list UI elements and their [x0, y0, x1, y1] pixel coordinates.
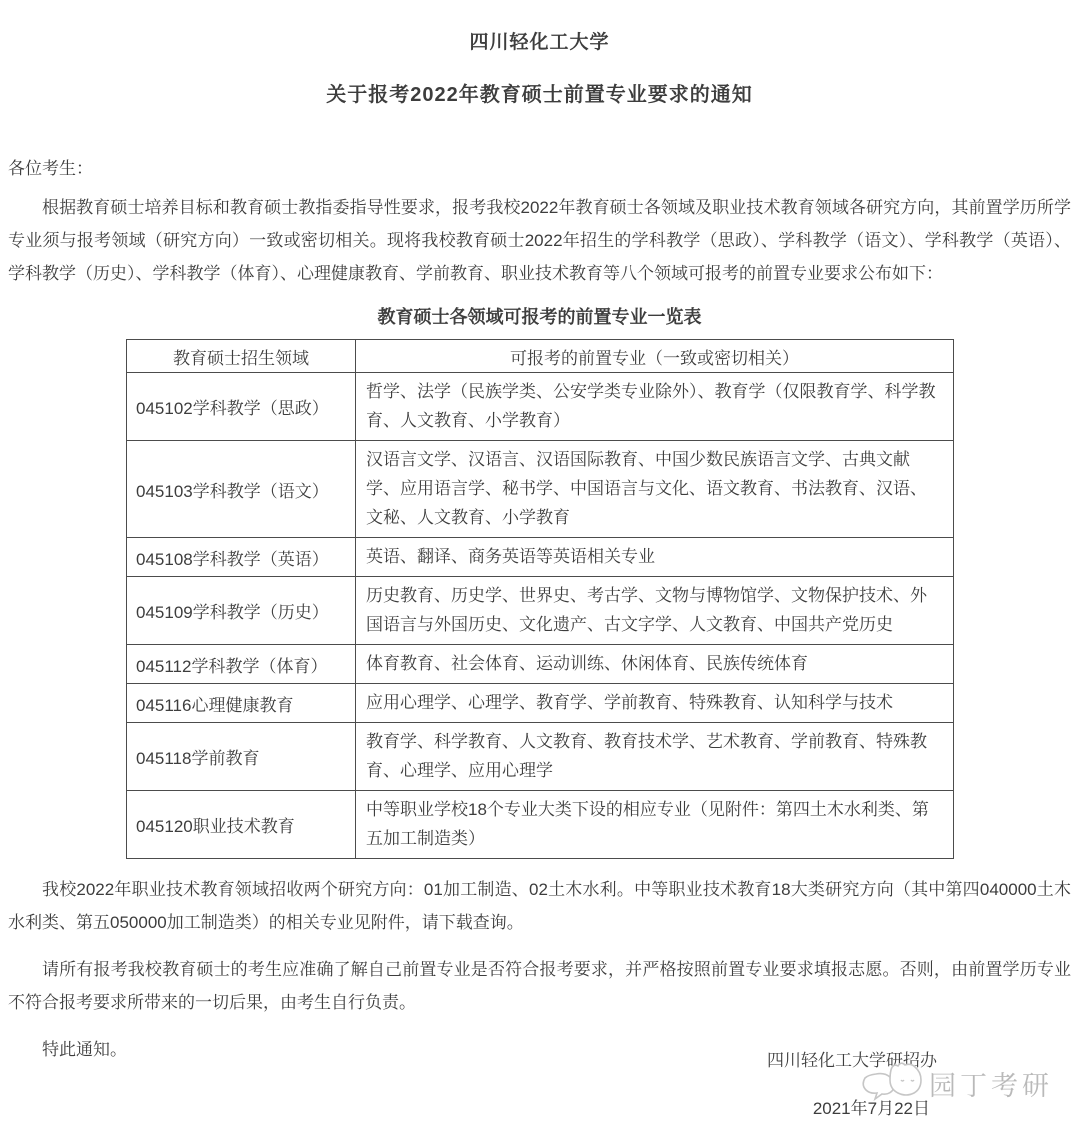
table-row: 045102学科教学（思政） 哲学、法学（民族学类、公安学类专业除外）、教育学（…	[127, 373, 954, 441]
majors-cell: 中等职业学校18个专业大类下设的相应专业（见附件：第四土木水利类、第五加工制造类…	[356, 791, 954, 859]
signature-date: 2021年7月22日	[0, 1094, 1079, 1119]
majors-table: 教育硕士招生领域 可报考的前置专业（一致或密切相关） 045102学科教学（思政…	[126, 339, 954, 859]
column-header-majors: 可报考的前置专业（一致或密切相关）	[356, 340, 954, 373]
table-row: 045108学科教学（英语） 英语、翻译、商务英语等英语相关专业	[127, 538, 954, 577]
table-header-row: 教育硕士招生领域 可报考的前置专业（一致或密切相关）	[127, 340, 954, 373]
majors-cell: 英语、翻译、商务英语等英语相关专业	[356, 538, 954, 577]
table-row: 045103学科教学（语文） 汉语言文学、汉语言、汉语国际教育、中国少数民族语言…	[127, 441, 954, 538]
directions-paragraph: 我校2022年职业技术教育领域招收两个研究方向：01加工制造、02土木水利。中等…	[8, 873, 1071, 939]
signature-block: 四川轻化工大学研招办 2021年7月22日	[0, 1046, 1079, 1119]
salutation: 各位考生：	[8, 154, 1071, 179]
signature-org: 四川轻化工大学研招办	[0, 1046, 1079, 1071]
notice-subtitle: 关于报考2022年教育硕士前置专业要求的通知	[0, 78, 1079, 107]
table-row: 045120职业技术教育 中等职业学校18个专业大类下设的相应专业（见附件：第四…	[127, 791, 954, 859]
table-row: 045118学前教育 教育学、科学教育、人文教育、教育技术学、艺术教育、学前教育…	[127, 723, 954, 791]
field-cell: 045120职业技术教育	[127, 791, 356, 859]
majors-cell: 历史教育、历史学、世界史、考古学、文物与博物馆学、文物保护技术、外国语言与外国历…	[356, 577, 954, 645]
majors-cell: 汉语言文学、汉语言、汉语国际教育、中国少数民族语言文学、古典文献学、应用语言学、…	[356, 441, 954, 538]
field-cell: 045103学科教学（语文）	[127, 441, 356, 538]
table-caption: 教育硕士各领域可报考的前置专业一览表	[0, 303, 1079, 329]
table-row: 045116心理健康教育 应用心理学、心理学、教育学、学前教育、特殊教育、认知科…	[127, 684, 954, 723]
field-cell: 045118学前教育	[127, 723, 356, 791]
majors-cell: 教育学、科学教育、人文教育、教育技术学、艺术教育、学前教育、特殊教育、心理学、应…	[356, 723, 954, 791]
field-cell: 045102学科教学（思政）	[127, 373, 356, 441]
majors-cell: 体育教育、社会体育、运动训练、休闲体育、民族传统体育	[356, 645, 954, 684]
majors-cell: 哲学、法学（民族学类、公安学类专业除外）、教育学（仅限教育学、科学教育、人文教育…	[356, 373, 954, 441]
table-row: 045112学科教学（体育） 体育教育、社会体育、运动训练、休闲体育、民族传统体…	[127, 645, 954, 684]
intro-paragraph: 根据教育硕士培养目标和教育硕士教指委指导性要求，报考我校2022年教育硕士各领域…	[8, 191, 1071, 290]
field-cell: 045109学科教学（历史）	[127, 577, 356, 645]
table-row: 045109学科教学（历史） 历史教育、历史学、世界史、考古学、文物与博物馆学、…	[127, 577, 954, 645]
page-title: 四川轻化工大学	[0, 0, 1079, 54]
column-header-field: 教育硕士招生领域	[127, 340, 356, 373]
field-cell: 045116心理健康教育	[127, 684, 356, 723]
warning-paragraph: 请所有报考我校教育硕士的考生应准确了解自己前置专业是否符合报考要求，并严格按照前…	[8, 953, 1071, 1019]
field-cell: 045108学科教学（英语）	[127, 538, 356, 577]
majors-cell: 应用心理学、心理学、教育学、学前教育、特殊教育、认知科学与技术	[356, 684, 954, 723]
field-cell: 045112学科教学（体育）	[127, 645, 356, 684]
